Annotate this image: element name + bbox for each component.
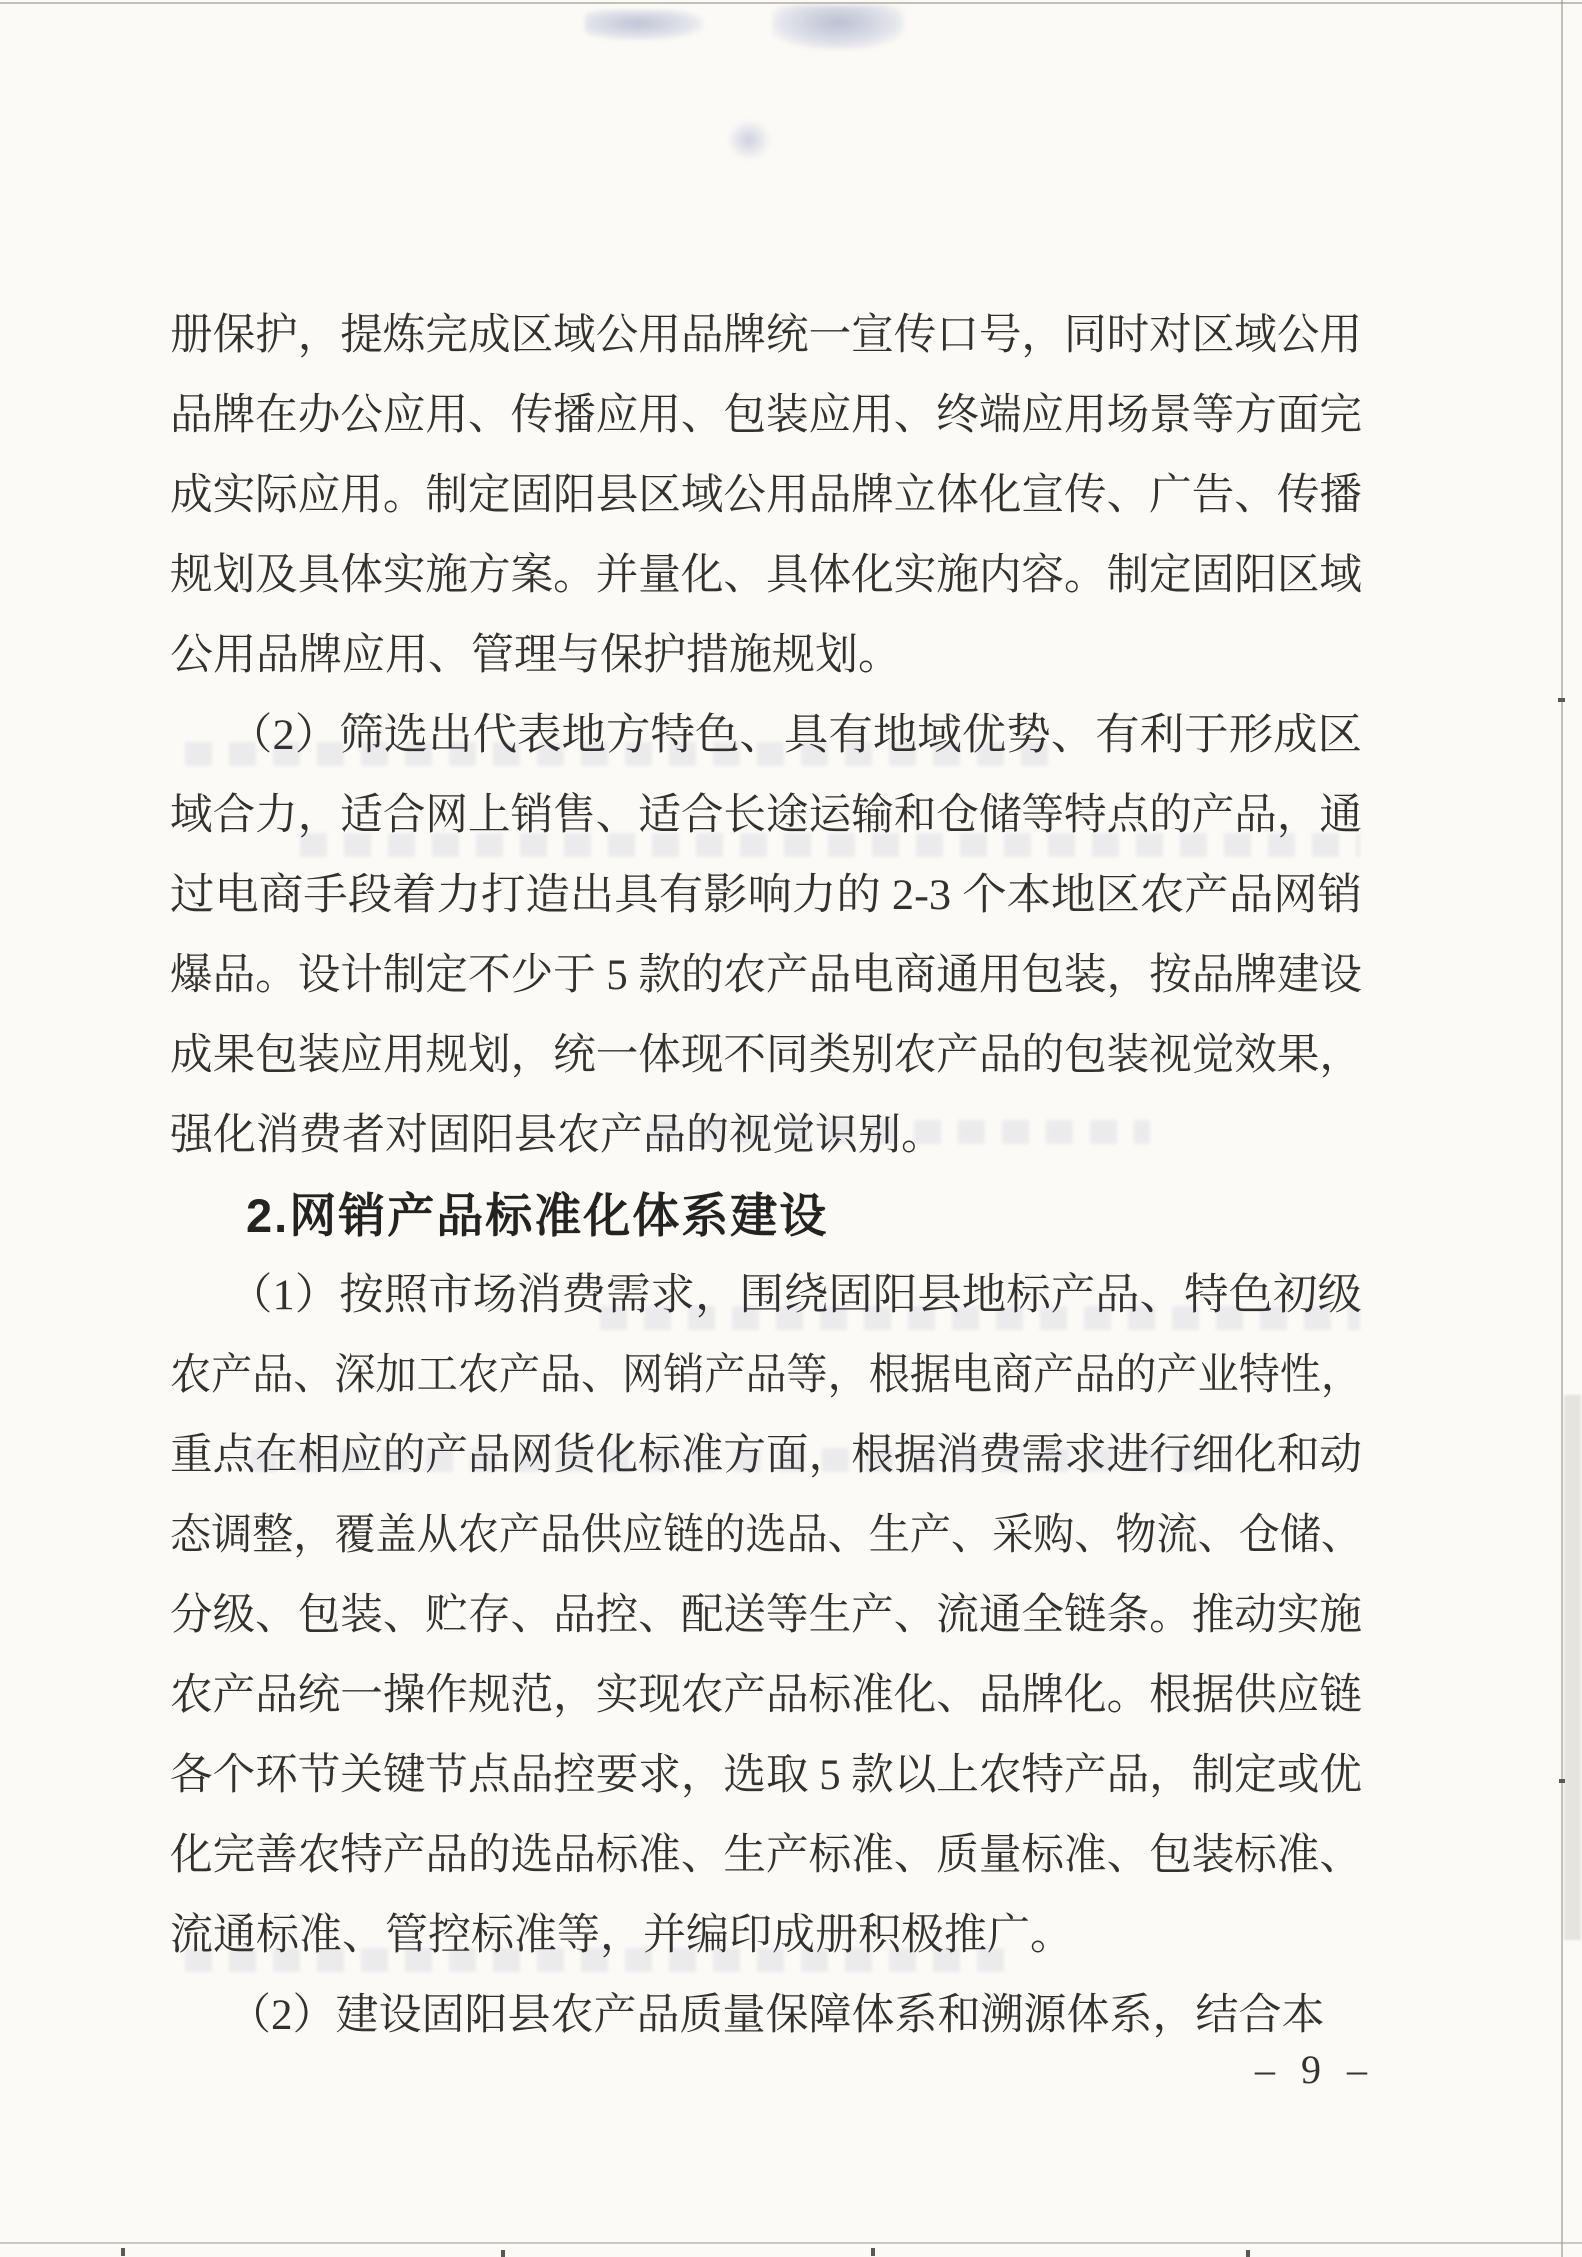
text-line-text: 成果包装应用规划，统一体现不同类别农产品的包装视觉效果， <box>170 1016 1362 1096</box>
text-line: 成果包装应用规划，统一体现不同类别农产品的包装视觉效果， <box>170 1016 1362 1096</box>
text-line-text: 规划及具体实施方案。并量化、具体化实施内容。制定固阳区域 <box>170 536 1362 616</box>
text-line: 分级、包装、贮存、品控、配送等生产、流通全链条。推动实施 <box>170 1576 1362 1656</box>
scan-speck <box>121 2248 125 2256</box>
text-line: 成实际应用。制定固阳县区域公用品牌立体化宣传、广告、传播 <box>170 456 1362 536</box>
ink-bleed-smudge <box>727 120 771 160</box>
scan-bottom-edge-line <box>0 2242 1582 2244</box>
scan-right-edge-line <box>1561 0 1563 2257</box>
scanned-document-page: 册保护，提炼完成区域公用品牌统一宣传口号，同时对区域公用 品牌在办公应用、传播应… <box>0 0 1582 2257</box>
text-line: 重点在相应的产品网货化标准方面，根据消费需求进行细化和动 <box>170 1416 1362 1496</box>
text-line-text: 爆品。设计制定不少于 5 款的农产品电商通用包装，按品牌建设 <box>170 936 1362 1016</box>
text-line: 强化消费者对固阳县农产品的视觉识别。 <box>170 1096 1362 1176</box>
section-heading: 2.网销产品标准化体系建设 <box>170 1176 1362 1256</box>
text-line: 各个环节关键节点品控要求，选取 5 款以上农特产品，制定或优 <box>170 1736 1362 1816</box>
text-line-text: 域合力，适合网上销售、适合长途运输和仓储等特点的产品，通 <box>170 776 1362 856</box>
text-line-text: 分级、包装、贮存、品控、配送等生产、流通全链条。推动实施 <box>170 1576 1362 1656</box>
text-line: 流通标准、管控标准等，并编印成册积极推广。 <box>170 1896 1362 1976</box>
text-line: 化完善农特产品的选品标准、生产标准、质量标准、包装标准、 <box>170 1816 1362 1896</box>
text-line-text: 成实际应用。制定固阳县区域公用品牌立体化宣传、广告、传播 <box>170 456 1362 536</box>
text-line: 公用品牌应用、管理与保护措施规划。 <box>170 616 1362 696</box>
text-line-text: 化完善农特产品的选品标准、生产标准、质量标准、包装标准、 <box>170 1816 1362 1896</box>
text-line-text: 流通标准、管控标准等，并编印成册积极推广。 <box>170 1896 1073 1976</box>
text-line-text: 公用品牌应用、管理与保护措施规划。 <box>170 616 901 696</box>
text-line: 品牌在办公应用、传播应用、包装应用、终端应用场景等方面完 <box>170 376 1362 456</box>
ink-bleed-smudge <box>772 5 904 49</box>
text-line-text: 农产品统一操作规范，实现农产品标准化、品牌化。根据供应链 <box>170 1656 1362 1736</box>
text-line-text: 册保护，提炼完成区域公用品牌统一宣传口号，同时对区域公用 <box>170 296 1362 376</box>
document-body: 册保护，提炼完成区域公用品牌统一宣传口号，同时对区域公用 品牌在办公应用、传播应… <box>170 296 1362 2056</box>
text-line-text: （2）筛选出代表地方特色、具有地域优势、有利于形成区 <box>228 696 1362 776</box>
text-line: （2）建设固阳县农产品质量保障体系和溯源体系，结合本 <box>170 1976 1362 2056</box>
text-line: （1）按照市场消费需求，围绕固阳县地标产品、特色初级 <box>170 1256 1362 1336</box>
text-line-text: 各个环节关键节点品控要求，选取 5 款以上农特产品，制定或优 <box>170 1736 1362 1816</box>
text-line: 规划及具体实施方案。并量化、具体化实施内容。制定固阳区域 <box>170 536 1362 616</box>
scan-right-edge-shadow <box>1564 1395 1581 1940</box>
text-line-text: 品牌在办公应用、传播应用、包装应用、终端应用场景等方面完 <box>170 376 1362 456</box>
scan-top-edge-line <box>0 2 1582 4</box>
scan-speck <box>1558 698 1565 702</box>
text-line-text: 重点在相应的产品网货化标准方面，根据消费需求进行细化和动 <box>170 1416 1362 1496</box>
text-line: 册保护，提炼完成区域公用品牌统一宣传口号，同时对区域公用 <box>170 296 1362 376</box>
scan-speck <box>871 2248 875 2256</box>
scan-speck <box>501 2250 505 2257</box>
text-line-text: 农产品、深加工农产品、网销产品等，根据电商产品的产业特性， <box>170 1336 1362 1416</box>
section-heading-text: 2.网销产品标准化体系建设 <box>246 1176 828 1256</box>
text-line: 域合力，适合网上销售、适合长途运输和仓储等特点的产品，通 <box>170 776 1362 856</box>
text-line-text: （2）建设固阳县农产品质量保障体系和溯源体系，结合本 <box>228 1976 1325 2056</box>
text-line: （2）筛选出代表地方特色、具有地域优势、有利于形成区 <box>170 696 1362 776</box>
text-line-text: （1）按照市场消费需求，围绕固阳县地标产品、特色初级 <box>228 1256 1362 1336</box>
page-number: – 9 – <box>1225 2046 1405 2093</box>
text-line: 态调整，覆盖从农产品供应链的选品、生产、采购、物流、仓储、 <box>170 1496 1362 1576</box>
scan-speck <box>1246 2250 1250 2257</box>
text-line: 爆品。设计制定不少于 5 款的农产品电商通用包装，按品牌建设 <box>170 936 1362 1016</box>
text-line: 过电商手段着力打造出具有影响力的 2-3 个本地区农产品网销 <box>170 856 1362 936</box>
text-line: 农产品、深加工农产品、网销产品等，根据电商产品的产业特性， <box>170 1336 1362 1416</box>
scan-speck <box>1559 1779 1565 1783</box>
text-line-text: 态调整，覆盖从农产品供应链的选品、生产、采购、物流、仓储、 <box>170 1496 1362 1576</box>
ink-bleed-smudge <box>585 10 703 40</box>
text-line: 农产品统一操作规范，实现农产品标准化、品牌化。根据供应链 <box>170 1656 1362 1736</box>
text-line-text: 强化消费者对固阳县农产品的视觉识别。 <box>170 1096 944 1176</box>
text-line-text: 过电商手段着力打造出具有影响力的 2-3 个本地区农产品网销 <box>170 856 1362 936</box>
